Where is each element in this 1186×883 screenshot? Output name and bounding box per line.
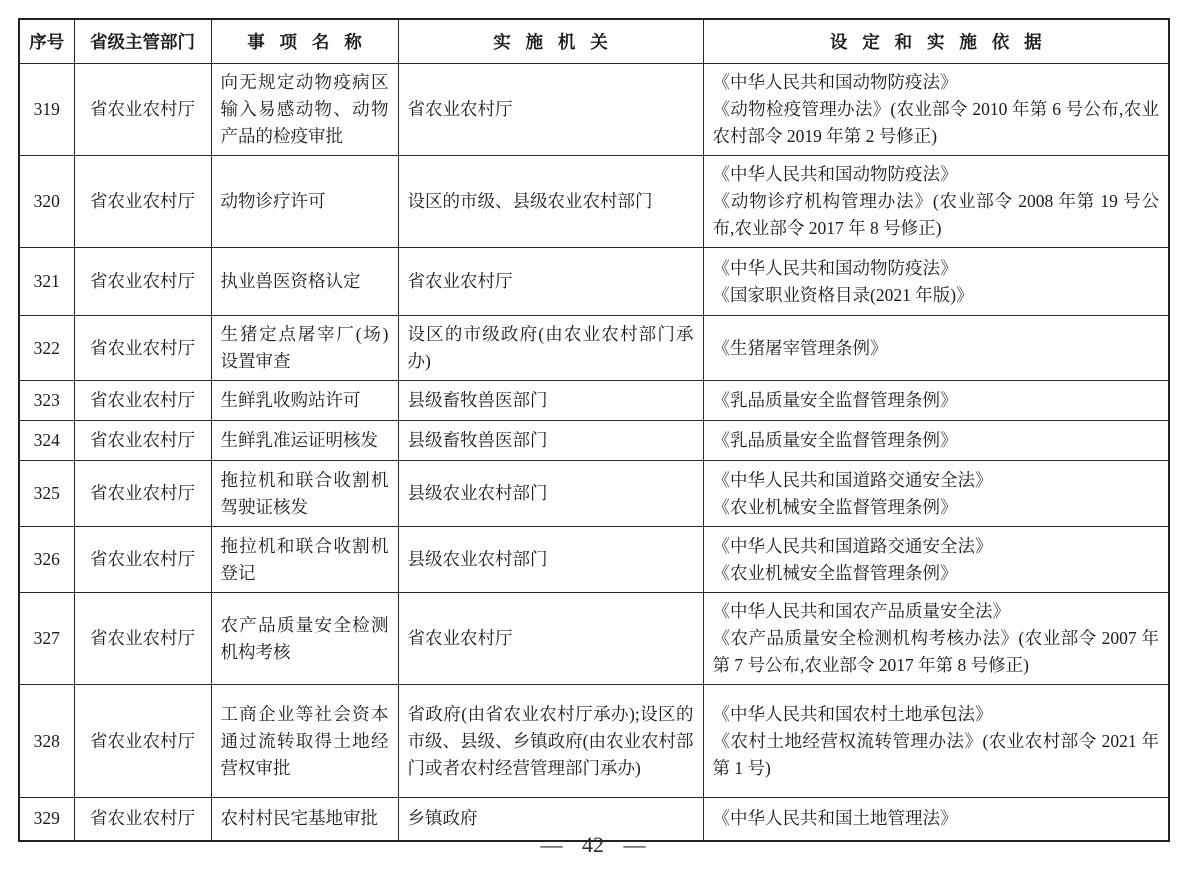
col-header-basis: 设定和实施依据 [703, 19, 1169, 64]
item-name-cell: 拖拉机和联合收割机驾驶证核发 [211, 461, 398, 527]
table-row: 328 省农业农村厅 工商企业等社会资本通过流转取得土地经营权审批 省政府(由省… [19, 685, 1169, 798]
agency-cell: 县级畜牧兽医部门 [398, 381, 703, 421]
item-name-cell: 生鲜乳收购站许可 [211, 381, 398, 421]
department-cell: 省农业农村厅 [74, 156, 211, 248]
basis-line: 《农产品质量安全检测机构考核办法》(农业部令 2007 年第 7 号公布,农业部… [713, 625, 1160, 679]
agency-cell: 省农业农村厅 [398, 64, 703, 156]
col-header-provincial-department: 省级主管部门 [74, 19, 211, 64]
agency-cell: 县级畜牧兽医部门 [398, 421, 703, 461]
serial-number: 324 [19, 421, 74, 461]
department-cell: 省农业农村厅 [74, 461, 211, 527]
basis-line: 《农村土地经营权流转管理办法》(农业农村部令 2021 年第 1 号) [713, 728, 1160, 782]
item-name-cell: 执业兽医资格认定 [211, 248, 398, 316]
agency-cell: 设区的市级、县级农业农村部门 [398, 156, 703, 248]
basis-line: 《动物检疫管理办法》(农业部令 2010 年第 6 号公布,农业农村部令 201… [713, 96, 1160, 150]
serial-number: 320 [19, 156, 74, 248]
table-row: 323 省农业农村厅 生鲜乳收购站许可 县级畜牧兽医部门 《乳品质量安全监督管理… [19, 381, 1169, 421]
approval-items-table: 序号 省级主管部门 事项名称 实施机关 设定和实施依据 319 省农业农村厅 向… [18, 18, 1170, 842]
basis-line: 《中华人民共和国农产品质量安全法》 [713, 598, 1160, 625]
agency-cell: 县级农业农村部门 [398, 461, 703, 527]
basis-line: 《中华人民共和国动物防疫法》 [713, 161, 1160, 188]
col-header-item-name: 事项名称 [211, 19, 398, 64]
basis-cell: 《中华人民共和国道路交通安全法》 《农业机械安全监督管理条例》 [703, 461, 1169, 527]
agency-cell: 省农业农村厅 [398, 248, 703, 316]
basis-line: 《中华人民共和国动物防疫法》 [713, 255, 1160, 282]
table-row: 320 省农业农村厅 动物诊疗许可 设区的市级、县级农业农村部门 《中华人民共和… [19, 156, 1169, 248]
basis-line: 《国家职业资格目录(2021 年版)》 [713, 282, 1160, 309]
basis-line: 《动物诊疗机构管理办法》(农业部令 2008 年第 19 号公布,农业部令 20… [713, 188, 1160, 242]
table-row: 325 省农业农村厅 拖拉机和联合收割机驾驶证核发 县级农业农村部门 《中华人民… [19, 461, 1169, 527]
agency-cell: 县级农业农村部门 [398, 527, 703, 593]
department-cell: 省农业农村厅 [74, 593, 211, 685]
basis-cell: 《乳品质量安全监督管理条例》 [703, 381, 1169, 421]
serial-number: 327 [19, 593, 74, 685]
table-row: 326 省农业农村厅 拖拉机和联合收割机登记 县级农业农村部门 《中华人民共和国… [19, 527, 1169, 593]
serial-number: 326 [19, 527, 74, 593]
table-row: 322 省农业农村厅 生猪定点屠宰厂(场)设置审查 设区的市级政府(由农业农村部… [19, 316, 1169, 381]
serial-number: 322 [19, 316, 74, 381]
document-page: 序号 省级主管部门 事项名称 实施机关 设定和实施依据 319 省农业农村厅 向… [0, 0, 1186, 883]
serial-number: 323 [19, 381, 74, 421]
table-row: 319 省农业农村厅 向无规定动物疫病区输入易感动物、动物产品的检疫审批 省农业… [19, 64, 1169, 156]
basis-cell: 《中华人民共和国动物防疫法》 《动物诊疗机构管理办法》(农业部令 2008 年第… [703, 156, 1169, 248]
basis-line: 《农业机械安全监督管理条例》 [713, 494, 1160, 521]
item-name-cell: 生鲜乳准运证明核发 [211, 421, 398, 461]
col-header-implementing-agency: 实施机关 [398, 19, 703, 64]
basis-line: 《中华人民共和国道路交通安全法》 [713, 533, 1160, 560]
item-name-cell: 工商企业等社会资本通过流转取得土地经营权审批 [211, 685, 398, 798]
item-name-cell: 向无规定动物疫病区输入易感动物、动物产品的检疫审批 [211, 64, 398, 156]
col-header-serial-number: 序号 [19, 19, 74, 64]
basis-cell: 《生猪屠宰管理条例》 [703, 316, 1169, 381]
department-cell: 省农业农村厅 [74, 527, 211, 593]
basis-line: 《中华人民共和国动物防疫法》 [713, 69, 1160, 96]
basis-line: 《农业机械安全监督管理条例》 [713, 560, 1160, 587]
basis-line: 《中华人民共和国农村土地承包法》 [713, 701, 1160, 728]
basis-line: 《中华人民共和国道路交通安全法》 [713, 467, 1160, 494]
agency-cell: 省政府(由省农业农村厅承办);设区的市级、县级、乡镇政府(由农业农村部门或者农村… [398, 685, 703, 798]
department-cell: 省农业农村厅 [74, 248, 211, 316]
department-cell: 省农业农村厅 [74, 685, 211, 798]
department-cell: 省农业农村厅 [74, 421, 211, 461]
basis-line: 《乳品质量安全监督管理条例》 [713, 427, 1160, 454]
basis-line: 《生猪屠宰管理条例》 [713, 335, 1160, 362]
department-cell: 省农业农村厅 [74, 316, 211, 381]
basis-cell: 《中华人民共和国动物防疫法》 《国家职业资格目录(2021 年版)》 [703, 248, 1169, 316]
item-name-cell: 动物诊疗许可 [211, 156, 398, 248]
basis-cell: 《中华人民共和国农村土地承包法》 《农村土地经营权流转管理办法》(农业农村部令 … [703, 685, 1169, 798]
serial-number: 321 [19, 248, 74, 316]
table-header-row: 序号 省级主管部门 事项名称 实施机关 设定和实施依据 [19, 19, 1169, 64]
agency-cell: 设区的市级政府(由农业农村部门承办) [398, 316, 703, 381]
department-cell: 省农业农村厅 [74, 64, 211, 156]
page-number: — 42 — [0, 832, 1186, 858]
table-row: 324 省农业农村厅 生鲜乳准运证明核发 县级畜牧兽医部门 《乳品质量安全监督管… [19, 421, 1169, 461]
basis-line: 《中华人民共和国土地管理法》 [713, 805, 1160, 832]
item-name-cell: 农产品质量安全检测机构考核 [211, 593, 398, 685]
serial-number: 319 [19, 64, 74, 156]
basis-cell: 《中华人民共和国农产品质量安全法》 《农产品质量安全检测机构考核办法》(农业部令… [703, 593, 1169, 685]
serial-number: 328 [19, 685, 74, 798]
basis-line: 《乳品质量安全监督管理条例》 [713, 387, 1160, 414]
basis-cell: 《乳品质量安全监督管理条例》 [703, 421, 1169, 461]
basis-cell: 《中华人民共和国道路交通安全法》 《农业机械安全监督管理条例》 [703, 527, 1169, 593]
item-name-cell: 拖拉机和联合收割机登记 [211, 527, 398, 593]
table-row: 327 省农业农村厅 农产品质量安全检测机构考核 省农业农村厅 《中华人民共和国… [19, 593, 1169, 685]
serial-number: 325 [19, 461, 74, 527]
table-row: 321 省农业农村厅 执业兽医资格认定 省农业农村厅 《中华人民共和国动物防疫法… [19, 248, 1169, 316]
agency-cell: 省农业农村厅 [398, 593, 703, 685]
basis-cell: 《中华人民共和国动物防疫法》 《动物检疫管理办法》(农业部令 2010 年第 6… [703, 64, 1169, 156]
item-name-cell: 生猪定点屠宰厂(场)设置审查 [211, 316, 398, 381]
department-cell: 省农业农村厅 [74, 381, 211, 421]
